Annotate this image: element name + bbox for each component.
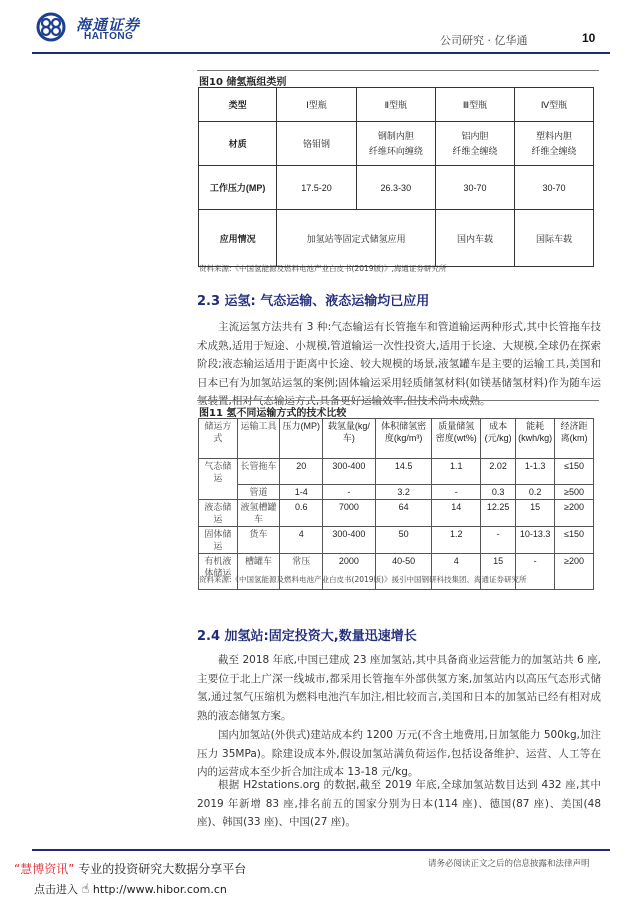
table-header-cell: Ⅲ型瓶	[435, 88, 514, 122]
table-cell: 30-70	[435, 166, 514, 210]
section-2-4-heading: 2.4 加氢站:固定投资大,数量迅速增长	[197, 625, 417, 644]
table-cell: 国内车载	[435, 210, 514, 267]
table-cell: -	[481, 527, 516, 554]
table-header-row: 储运方式 运输工具 压力(MP) 载氢量(kg/车) 体积储氢密度(kg/m³)…	[199, 419, 594, 459]
table-cell: 300-400	[323, 459, 376, 485]
section-2-3-paragraph: 主流运氢方法共有 3 种:气态输运有长管拖车和管道输运两种形式,其中长管拖车技术…	[197, 318, 601, 411]
row-label: 应用情况	[199, 210, 277, 267]
table-header-cell: Ⅳ型瓶	[514, 88, 593, 122]
table-cell: 管道	[237, 485, 280, 500]
table-row: 应用情况 加氢站等固定式储氢应用 国内车载 国际车载	[199, 210, 594, 267]
legal-notice: 请务必阅读正文之后的信息披露和法律声明	[428, 857, 590, 869]
page-number: 10	[582, 31, 595, 45]
table-cell: ≥500	[555, 485, 594, 500]
table-cell: ≥200	[555, 500, 594, 527]
table-cell: 7000	[323, 500, 376, 527]
table-cell: 1-4	[280, 485, 323, 500]
table-cell: 4	[280, 527, 323, 554]
figure-10-table: 类型 Ⅰ型瓶 Ⅱ型瓶 Ⅲ型瓶 Ⅳ型瓶 材质 铬钼钢 钢制内胆 纤维环向缠绕 铝内…	[198, 87, 594, 267]
brand-name: 慧博资讯	[20, 862, 68, 876]
table-cell: 64	[375, 500, 432, 527]
table-cell: 14.5	[375, 459, 432, 485]
table-header-cell: 质量储氢密度(wt%)	[432, 419, 481, 459]
hibor-link[interactable]: http://www.hibor.com.cn	[93, 883, 227, 896]
table-row: 材质 铬钼钢 钢制内胆 纤维环向缠绕 铝内胆 纤维全缠绕 塑料内胆 纤维全缠绕	[199, 122, 594, 166]
table-cell: 长管拖车	[237, 459, 280, 485]
section-2-4-paragraph-3: 根据 H2stations.org 的数据,截至 2019 年底,全球加氢站数目…	[197, 776, 601, 832]
table-header-cell: 运输工具	[237, 419, 280, 459]
brand-quote-close: ”	[68, 862, 74, 876]
table-cell: 15	[516, 500, 555, 527]
table-cell: 固体储运	[199, 527, 238, 554]
table-header-cell: 类型	[199, 88, 277, 122]
figure-10-source: 资料来源:《中国氢能源及燃料电池产业白皮书(2019版)》,海通证券研究所	[199, 263, 446, 274]
table-header-cell: 成本(元/kg)	[481, 419, 516, 459]
table-row: 气态储运 长管拖车 20 300-400 14.5 1.1 2.02 1-1.3…	[199, 459, 594, 485]
table-cell: 0.6	[280, 500, 323, 527]
figure-10-title: 图10 储氢瓶组类别	[199, 73, 286, 88]
table-header-cell: 储运方式	[199, 419, 238, 459]
table-header-cell: 能耗(kwh/kg)	[516, 419, 555, 459]
table-cell: -	[323, 485, 376, 500]
table-cell: 2.02	[481, 459, 516, 485]
brand-tagline: 专业的投资研究大数据分享平台	[78, 862, 246, 876]
table-header-cell: 经济距离(km)	[555, 419, 594, 459]
table-cell: 3.2	[375, 485, 432, 500]
figure-11-table: 储运方式 运输工具 压力(MP) 载氢量(kg/车) 体积储氢密度(kg/m³)…	[198, 418, 594, 590]
table-cell: ≤150	[555, 459, 594, 485]
breadcrumb: 公司研究 · 亿华通	[440, 32, 528, 48]
table-cell: 12.25	[481, 500, 516, 527]
table-cell: 国际车载	[514, 210, 593, 267]
figure-11-title: 图11 氢不同运输方式的技术比较	[199, 404, 346, 419]
haitong-logo: 海通证券 HAITONG	[36, 12, 166, 48]
table-cell: 26.3-30	[356, 166, 435, 210]
haitong-logo-icon	[36, 12, 66, 42]
table-header-cell: 压力(MP)	[280, 419, 323, 459]
table-header-cell: 体积储氢密度(kg/m³)	[375, 419, 432, 459]
section-2-3-heading: 2.3 运氢: 气态运输、液态运输均已应用	[197, 290, 429, 309]
hand-pointer-icon: ☝	[82, 882, 90, 897]
figure-11-top-rule	[197, 400, 599, 401]
table-header-row: 类型 Ⅰ型瓶 Ⅱ型瓶 Ⅲ型瓶 Ⅳ型瓶	[199, 88, 594, 122]
table-header-cell: Ⅱ型瓶	[356, 88, 435, 122]
table-row: 管道 1-4 - 3.2 - 0.3 0.2 ≥500	[199, 485, 594, 500]
table-cell: 1.2	[432, 527, 481, 554]
logo-english-name: HAITONG	[84, 31, 133, 42]
table-cell: 货车	[237, 527, 280, 554]
table-cell: 1.1	[432, 459, 481, 485]
table-cell: -	[432, 485, 481, 500]
table-header-cell: Ⅰ型瓶	[277, 88, 356, 122]
table-cell: 17.5-20	[277, 166, 356, 210]
table-cell: 铝内胆 纤维全缠绕	[435, 122, 514, 166]
table-cell: 300-400	[323, 527, 376, 554]
table-cell: 30-70	[514, 166, 593, 210]
table-cell: 加氢站等固定式储氢应用	[277, 210, 436, 267]
table-cell: 0.3	[481, 485, 516, 500]
table-cell: 14	[432, 500, 481, 527]
table-cell: ≥200	[555, 554, 594, 590]
row-label: 材质	[199, 122, 277, 166]
section-2-4-paragraph-1: 截至 2018 年底,中国已建成 23 座加氢站,其中具备商业运营能力的加氢站共…	[197, 651, 601, 725]
table-header-cell: 载氢量(kg/车)	[323, 419, 376, 459]
table-row: 固体储运 货车 4 300-400 50 1.2 - 10-13.3 ≤150	[199, 527, 594, 554]
hibor-brand-line: “慧博资讯” 专业的投资研究大数据分享平台	[14, 860, 246, 877]
hibor-link-line[interactable]: 点击进入 ☝ http://www.hibor.com.cn	[34, 881, 227, 897]
table-cell: 0.2	[516, 485, 555, 500]
table-cell: 1-1.3	[516, 459, 555, 485]
footer-divider	[32, 849, 610, 851]
header-divider	[32, 52, 610, 54]
figure-10-top-rule	[197, 70, 599, 71]
table-row: 液态储运 液氢槽罐车 0.6 7000 64 14 12.25 15 ≥200	[199, 500, 594, 527]
row-label: 工作压力(MP)	[199, 166, 277, 210]
table-cell: 钢制内胆 纤维环向缠绕	[356, 122, 435, 166]
table-cell: 液态储运	[199, 500, 238, 527]
table-cell: 气态储运	[199, 459, 238, 500]
table-cell: 10-13.3	[516, 527, 555, 554]
table-cell: 液氢槽罐车	[237, 500, 280, 527]
table-cell: 50	[375, 527, 432, 554]
section-2-4-paragraph-2: 国内加氢站(外供式)建站成本约 1200 万元(不含土地费用,日加氢能力 500…	[197, 726, 601, 782]
table-row: 工作压力(MP) 17.5-20 26.3-30 30-70 30-70	[199, 166, 594, 210]
table-cell: ≤150	[555, 527, 594, 554]
link-label: 点击进入	[34, 883, 78, 896]
table-cell: 铬钼钢	[277, 122, 356, 166]
figure-11-source: 资料来源:《中国氢能源及燃料电池产业白皮书(2019版)》援引中国钢研科技集团、…	[199, 574, 526, 585]
table-cell: 塑料内胆 纤维全缠绕	[514, 122, 593, 166]
table-cell: 20	[280, 459, 323, 485]
